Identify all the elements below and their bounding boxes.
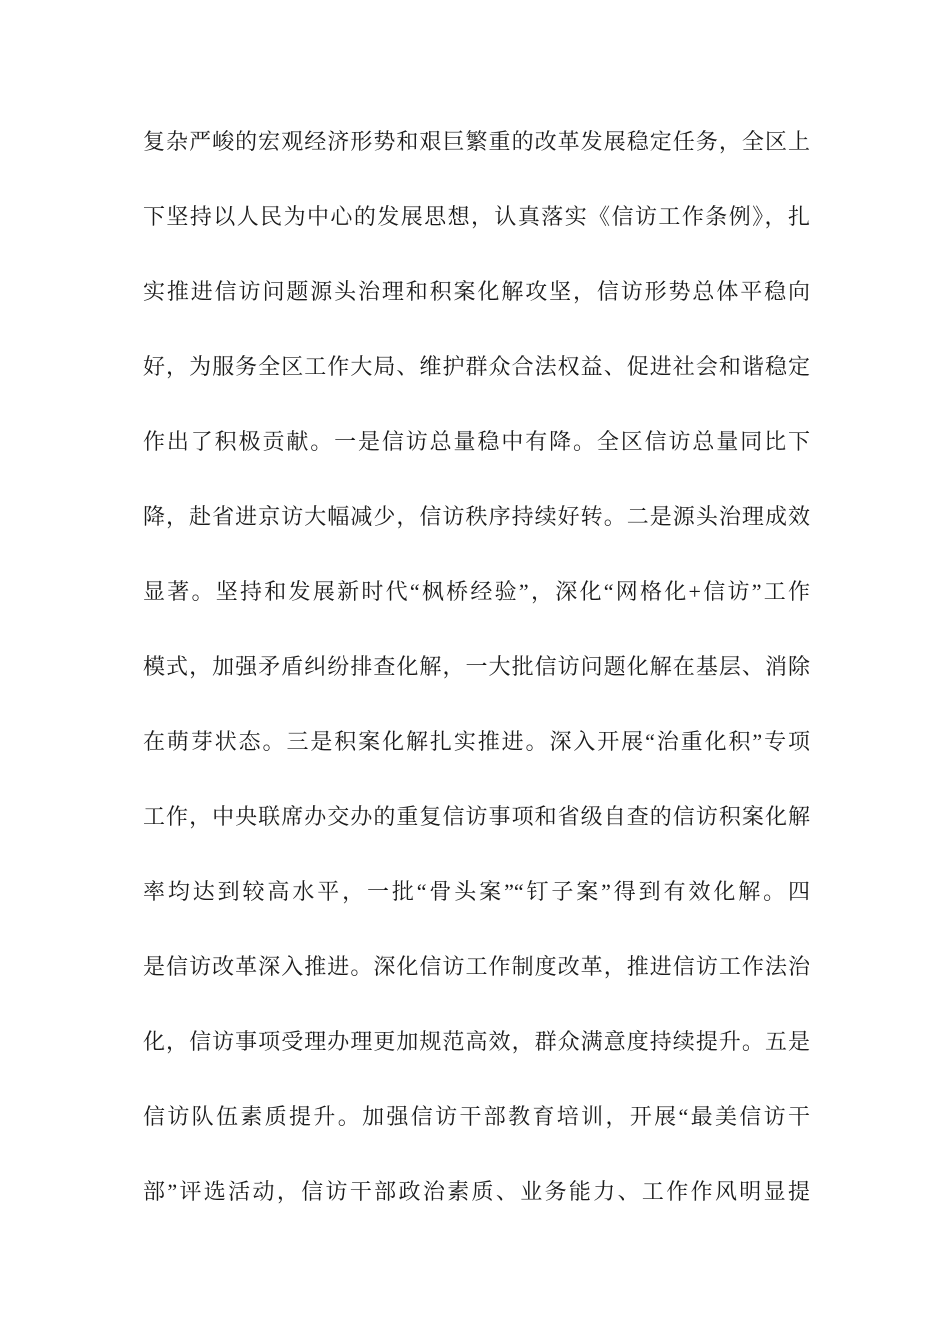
text-line: 率均达到较高水平，一批“骨头案”“钉子案”得到有效化解。四	[143, 854, 810, 929]
document-page: 复杂严峻的宏观经济形势和艰巨繁重的改革发展稳定任务，全区上 下坚持以人民为中心的…	[0, 0, 950, 1344]
text-line: 好，为服务全区工作大局、维护群众合法权益、促进社会和谐稳定	[143, 329, 810, 404]
text-line: 信访队伍素质提升。加强信访干部教育培训，开展“最美信访干	[143, 1079, 810, 1154]
text-line: 显著。坚持和发展新时代“枫桥经验”，深化“网格化+信访”工作	[143, 554, 810, 629]
text-line: 部”评选活动，信访干部政治素质、业务能力、工作作风明显提	[143, 1154, 810, 1229]
text-line: 化，信访事项受理办理更加规范高效，群众满意度持续提升。五是	[143, 1004, 810, 1079]
text-line: 工作，中央联席办交办的重复信访事项和省级自查的信访积案化解	[143, 779, 810, 854]
text-line: 作出了积极贡献。一是信访总量稳中有降。全区信访总量同比下	[143, 404, 810, 479]
text-line: 实推进信访问题源头治理和积案化解攻坚，信访形势总体平稳向	[143, 254, 810, 329]
text-line: 降，赴省进京访大幅减少，信访秩序持续好转。二是源头治理成效	[143, 479, 810, 554]
text-line: 模式，加强矛盾纠纷排查化解，一大批信访问题化解在基层、消除	[143, 629, 810, 704]
paragraph-text-block: 复杂严峻的宏观经济形势和艰巨繁重的改革发展稳定任务，全区上 下坚持以人民为中心的…	[143, 104, 810, 1229]
text-line: 是信访改革深入推进。深化信访工作制度改革，推进信访工作法治	[143, 929, 810, 1004]
text-line: 下坚持以人民为中心的发展思想，认真落实《信访工作条例》，扎	[143, 179, 810, 254]
text-line: 复杂严峻的宏观经济形势和艰巨繁重的改革发展稳定任务，全区上	[143, 104, 810, 179]
text-line: 在萌芽状态。三是积案化解扎实推进。深入开展“治重化积”专项	[143, 704, 810, 779]
